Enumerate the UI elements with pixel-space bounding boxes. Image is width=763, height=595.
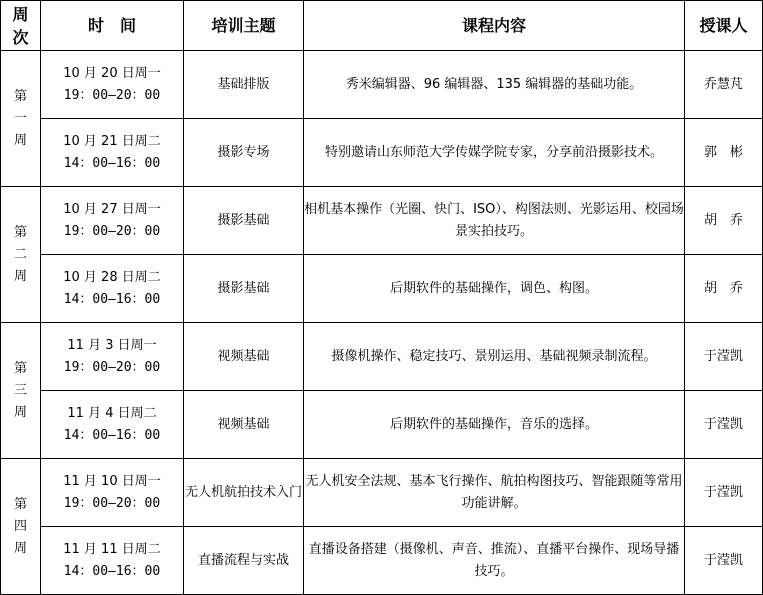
session-time: 11 月 11 日周二 14：00—16：00 (41, 527, 184, 595)
training-schedule-table: 周 次 时 间 培训主题 课程内容 授课人 第 一 周 10 月 20 日周一 … (0, 0, 763, 595)
session-content: 后期软件的基础操作，调色、构图。 (304, 255, 685, 323)
session-teacher: 于滢凯 (685, 527, 763, 595)
table-row: 第 一 周 10 月 20 日周一 19：00—20：00 基础排版 秀米编辑器… (1, 51, 763, 119)
session-content: 相机基本操作（光圈、快门、ISO）、构图法则、光影运用、校园场景实拍技巧。 (304, 187, 685, 255)
session-content: 秀米编辑器、96 编辑器、135 编辑器的基础功能。 (304, 51, 685, 119)
session-teacher: 乔慧芃 (685, 51, 763, 119)
session-teacher: 于滢凯 (685, 391, 763, 459)
session-time: 11 月 10 日周一 19：00—20：00 (41, 459, 184, 527)
table-row: 第 三 周 11 月 3 日周一 19：00—20：00 视频基础 摄像机操作、… (1, 323, 763, 391)
week-label: 第 二 周 (1, 187, 41, 323)
session-topic: 摄影专场 (184, 119, 304, 187)
session-teacher: 胡 乔 (685, 255, 763, 323)
session-topic: 摄影基础 (184, 187, 304, 255)
session-time: 10 月 27 日周一 19：00—20：00 (41, 187, 184, 255)
header-week-char-1: 周 (1, 3, 40, 26)
session-time: 10 月 21 日周二 14：00—16：00 (41, 119, 184, 187)
session-topic: 无人机航拍技术入门 (184, 459, 304, 527)
table-row: 10 月 21 日周二 14：00—16：00 摄影专场 特别邀请山东师范大学传… (1, 119, 763, 187)
week-label: 第 四 周 (1, 459, 41, 595)
session-teacher: 于滢凯 (685, 323, 763, 391)
week-label: 第 三 周 (1, 323, 41, 459)
session-content: 直播设备搭建（摄像机、声音、推流）、直播平台操作、现场导播技巧。 (304, 527, 685, 595)
table-row: 11 月 11 日周二 14：00—16：00 直播流程与实战 直播设备搭建（摄… (1, 527, 763, 595)
session-content: 特别邀请山东师范大学传媒学院专家，分享前沿摄影技术。 (304, 119, 685, 187)
session-time: 10 月 20 日周一 19：00—20：00 (41, 51, 184, 119)
session-topic: 直播流程与实战 (184, 527, 304, 595)
header-time: 时 间 (41, 1, 184, 51)
session-content: 无人机安全法规、基本飞行操作、航拍构图技巧、智能跟随等常用功能讲解。 (304, 459, 685, 527)
session-teacher: 于滢凯 (685, 459, 763, 527)
header-week-char-2: 次 (1, 26, 40, 49)
session-content: 后期软件的基础操作，音乐的选择。 (304, 391, 685, 459)
session-teacher: 胡 乔 (685, 187, 763, 255)
table-row: 第 二 周 10 月 27 日周一 19：00—20：00 摄影基础 相机基本操… (1, 187, 763, 255)
header-teacher: 授课人 (685, 1, 763, 51)
session-topic: 视频基础 (184, 391, 304, 459)
session-content: 摄像机操作、稳定技巧、景别运用、基础视频录制流程。 (304, 323, 685, 391)
week-label: 第 一 周 (1, 51, 41, 187)
session-time: 11 月 3 日周一 19：00—20：00 (41, 323, 184, 391)
table-row: 第 四 周 11 月 10 日周一 19：00—20：00 无人机航拍技术入门 … (1, 459, 763, 527)
session-teacher: 郭 彬 (685, 119, 763, 187)
header-content: 课程内容 (304, 1, 685, 51)
header-topic: 培训主题 (184, 1, 304, 51)
table-row: 10 月 28 日周二 14：00—16：00 摄影基础 后期软件的基础操作，调… (1, 255, 763, 323)
header-row: 周 次 时 间 培训主题 课程内容 授课人 (1, 1, 763, 51)
table-row: 11 月 4 日周二 14：00—16：00 视频基础 后期软件的基础操作，音乐… (1, 391, 763, 459)
header-week: 周 次 (1, 1, 41, 51)
session-time: 10 月 28 日周二 14：00—16：00 (41, 255, 184, 323)
session-time: 11 月 4 日周二 14：00—16：00 (41, 391, 184, 459)
session-topic: 摄影基础 (184, 255, 304, 323)
session-topic: 基础排版 (184, 51, 304, 119)
session-topic: 视频基础 (184, 323, 304, 391)
